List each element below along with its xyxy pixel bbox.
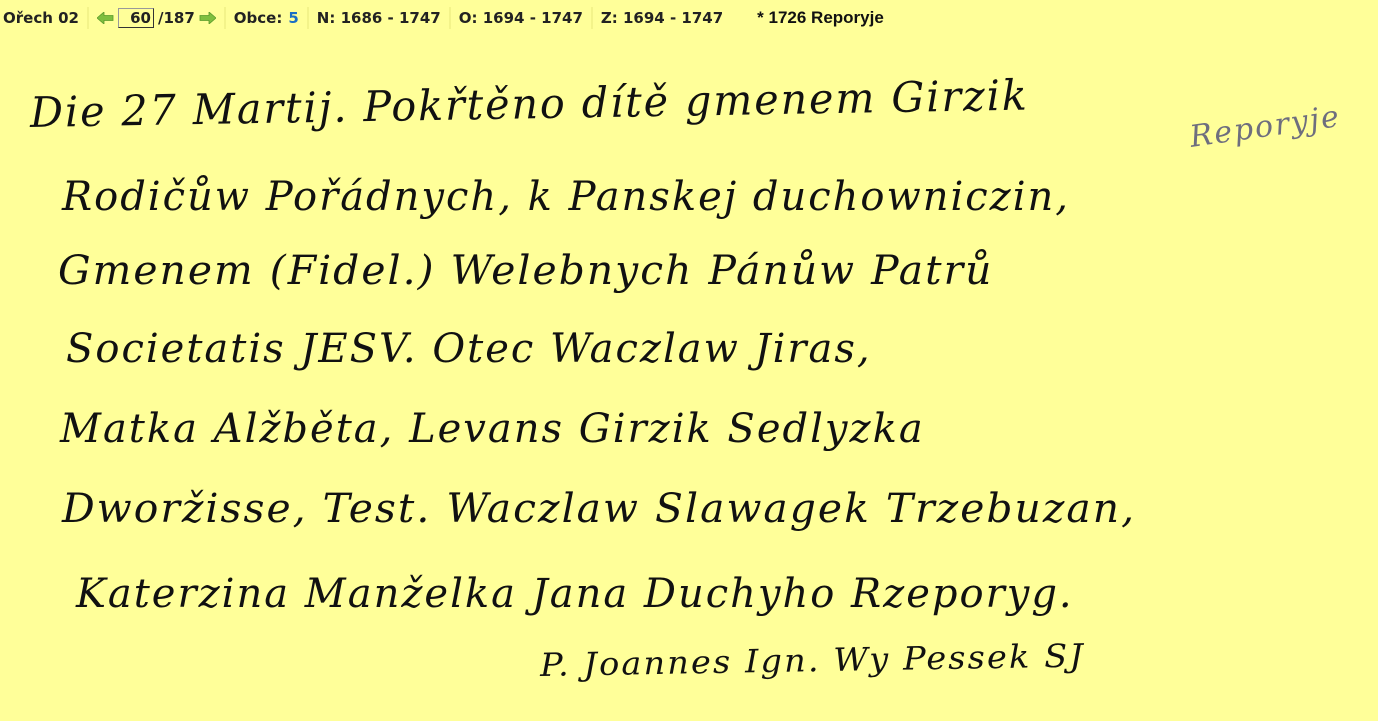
toolbar-separator bbox=[449, 7, 451, 29]
obce-label: Obce: bbox=[234, 9, 283, 27]
marriages-range: O: 1694 - 1747 bbox=[459, 9, 583, 27]
page-navigator: /187 bbox=[97, 8, 216, 28]
obce-count[interactable]: 5 bbox=[288, 9, 298, 27]
manuscript-line: Gmenem (Fidel.) Welebnych Pánůw Patrů bbox=[58, 248, 993, 294]
toolbar-separator bbox=[591, 7, 593, 29]
toolbar-separator bbox=[87, 7, 89, 29]
place-note: * 1726 Reporyje bbox=[757, 8, 884, 28]
arrow-left-icon[interactable] bbox=[97, 12, 114, 24]
manuscript-line: Societatis JESV. Otec Waczlaw Jiras, bbox=[66, 326, 872, 372]
manuscript-signature: P. Joannes Ign. Wy Pessek SJ bbox=[540, 636, 1085, 684]
arrow-right-icon[interactable] bbox=[199, 12, 216, 24]
book-title: Ořech 02 bbox=[3, 9, 79, 27]
manuscript-line: Die 27 Martij. Pokřtěno dítě gmenem Girz… bbox=[30, 71, 1030, 137]
manuscript-line: Katerzina Manželka Jana Duchyho Rzeporyg… bbox=[76, 571, 1074, 617]
toolbar-separator bbox=[307, 7, 309, 29]
margin-note: Reporyje bbox=[1188, 99, 1343, 155]
deaths-range: Z: 1694 - 1747 bbox=[601, 9, 723, 27]
births-range: N: 1686 - 1747 bbox=[317, 9, 441, 27]
viewer-toolbar: Ořech 02 /187 Obce: 5 N: 1686 - 1747 O: … bbox=[0, 0, 1378, 36]
manuscript-line: Matka Alžběta, Levans Girzik Sedlyzka bbox=[60, 406, 925, 452]
manuscript-line: Rodičůw Pořádnych, k Panskej duchowniczi… bbox=[62, 174, 1070, 220]
obce-info[interactable]: Obce: 5 bbox=[234, 9, 299, 27]
page-number-input[interactable] bbox=[118, 8, 154, 28]
total-pages: /187 bbox=[158, 9, 195, 27]
manuscript-line: Dworžisse, Test. Waczlaw Slawagek Trzebu… bbox=[62, 486, 1136, 532]
toolbar-separator bbox=[224, 7, 226, 29]
manuscript-scan[interactable]: Die 27 Martij. Pokřtěno dítě gmenem Girz… bbox=[0, 36, 1378, 721]
